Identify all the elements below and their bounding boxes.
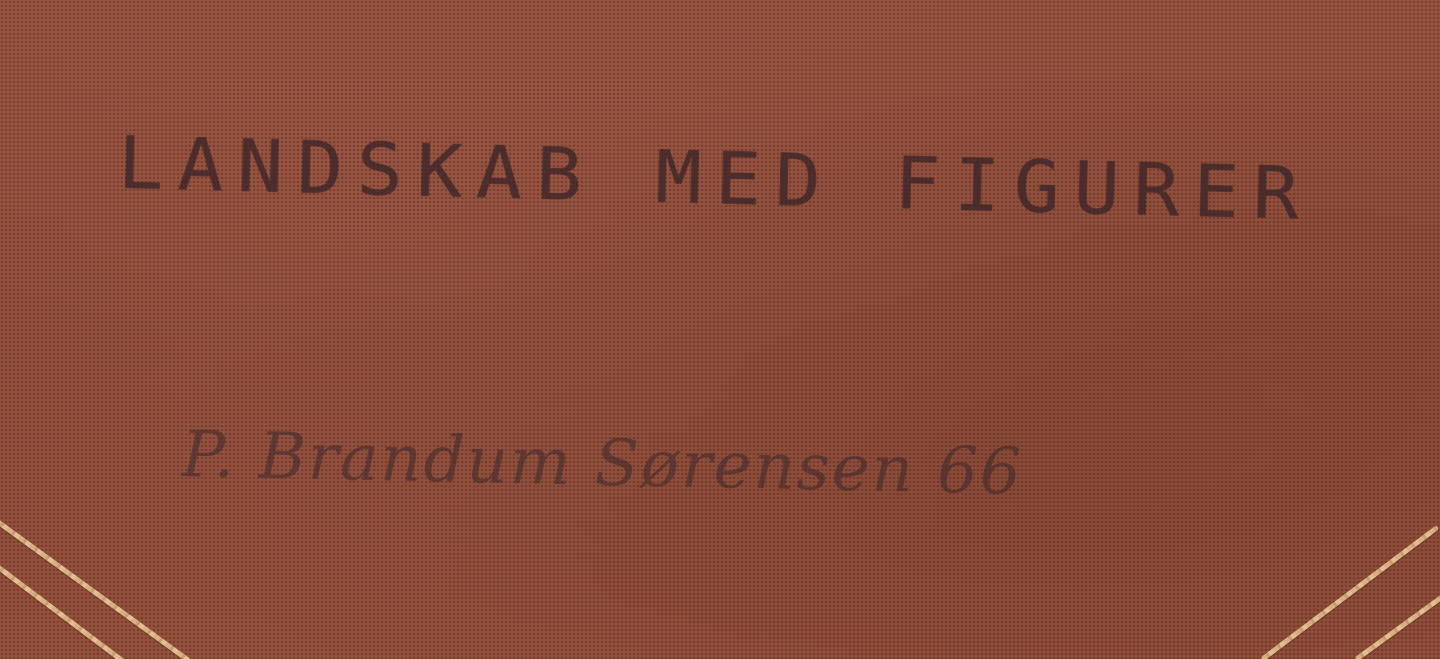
twine-left-lower (0, 564, 125, 659)
twine-right-lower (1355, 593, 1440, 659)
canvas-back-surface: LANDSKAB MED FIGURER P. Brandum Sørensen… (0, 0, 1440, 659)
inscription-title: LANDSKAB MED FIGURER (117, 120, 1314, 236)
artist-signature: P. Brandum Sørensen 66 (181, 418, 1023, 510)
twine-right-upper (1260, 525, 1439, 659)
